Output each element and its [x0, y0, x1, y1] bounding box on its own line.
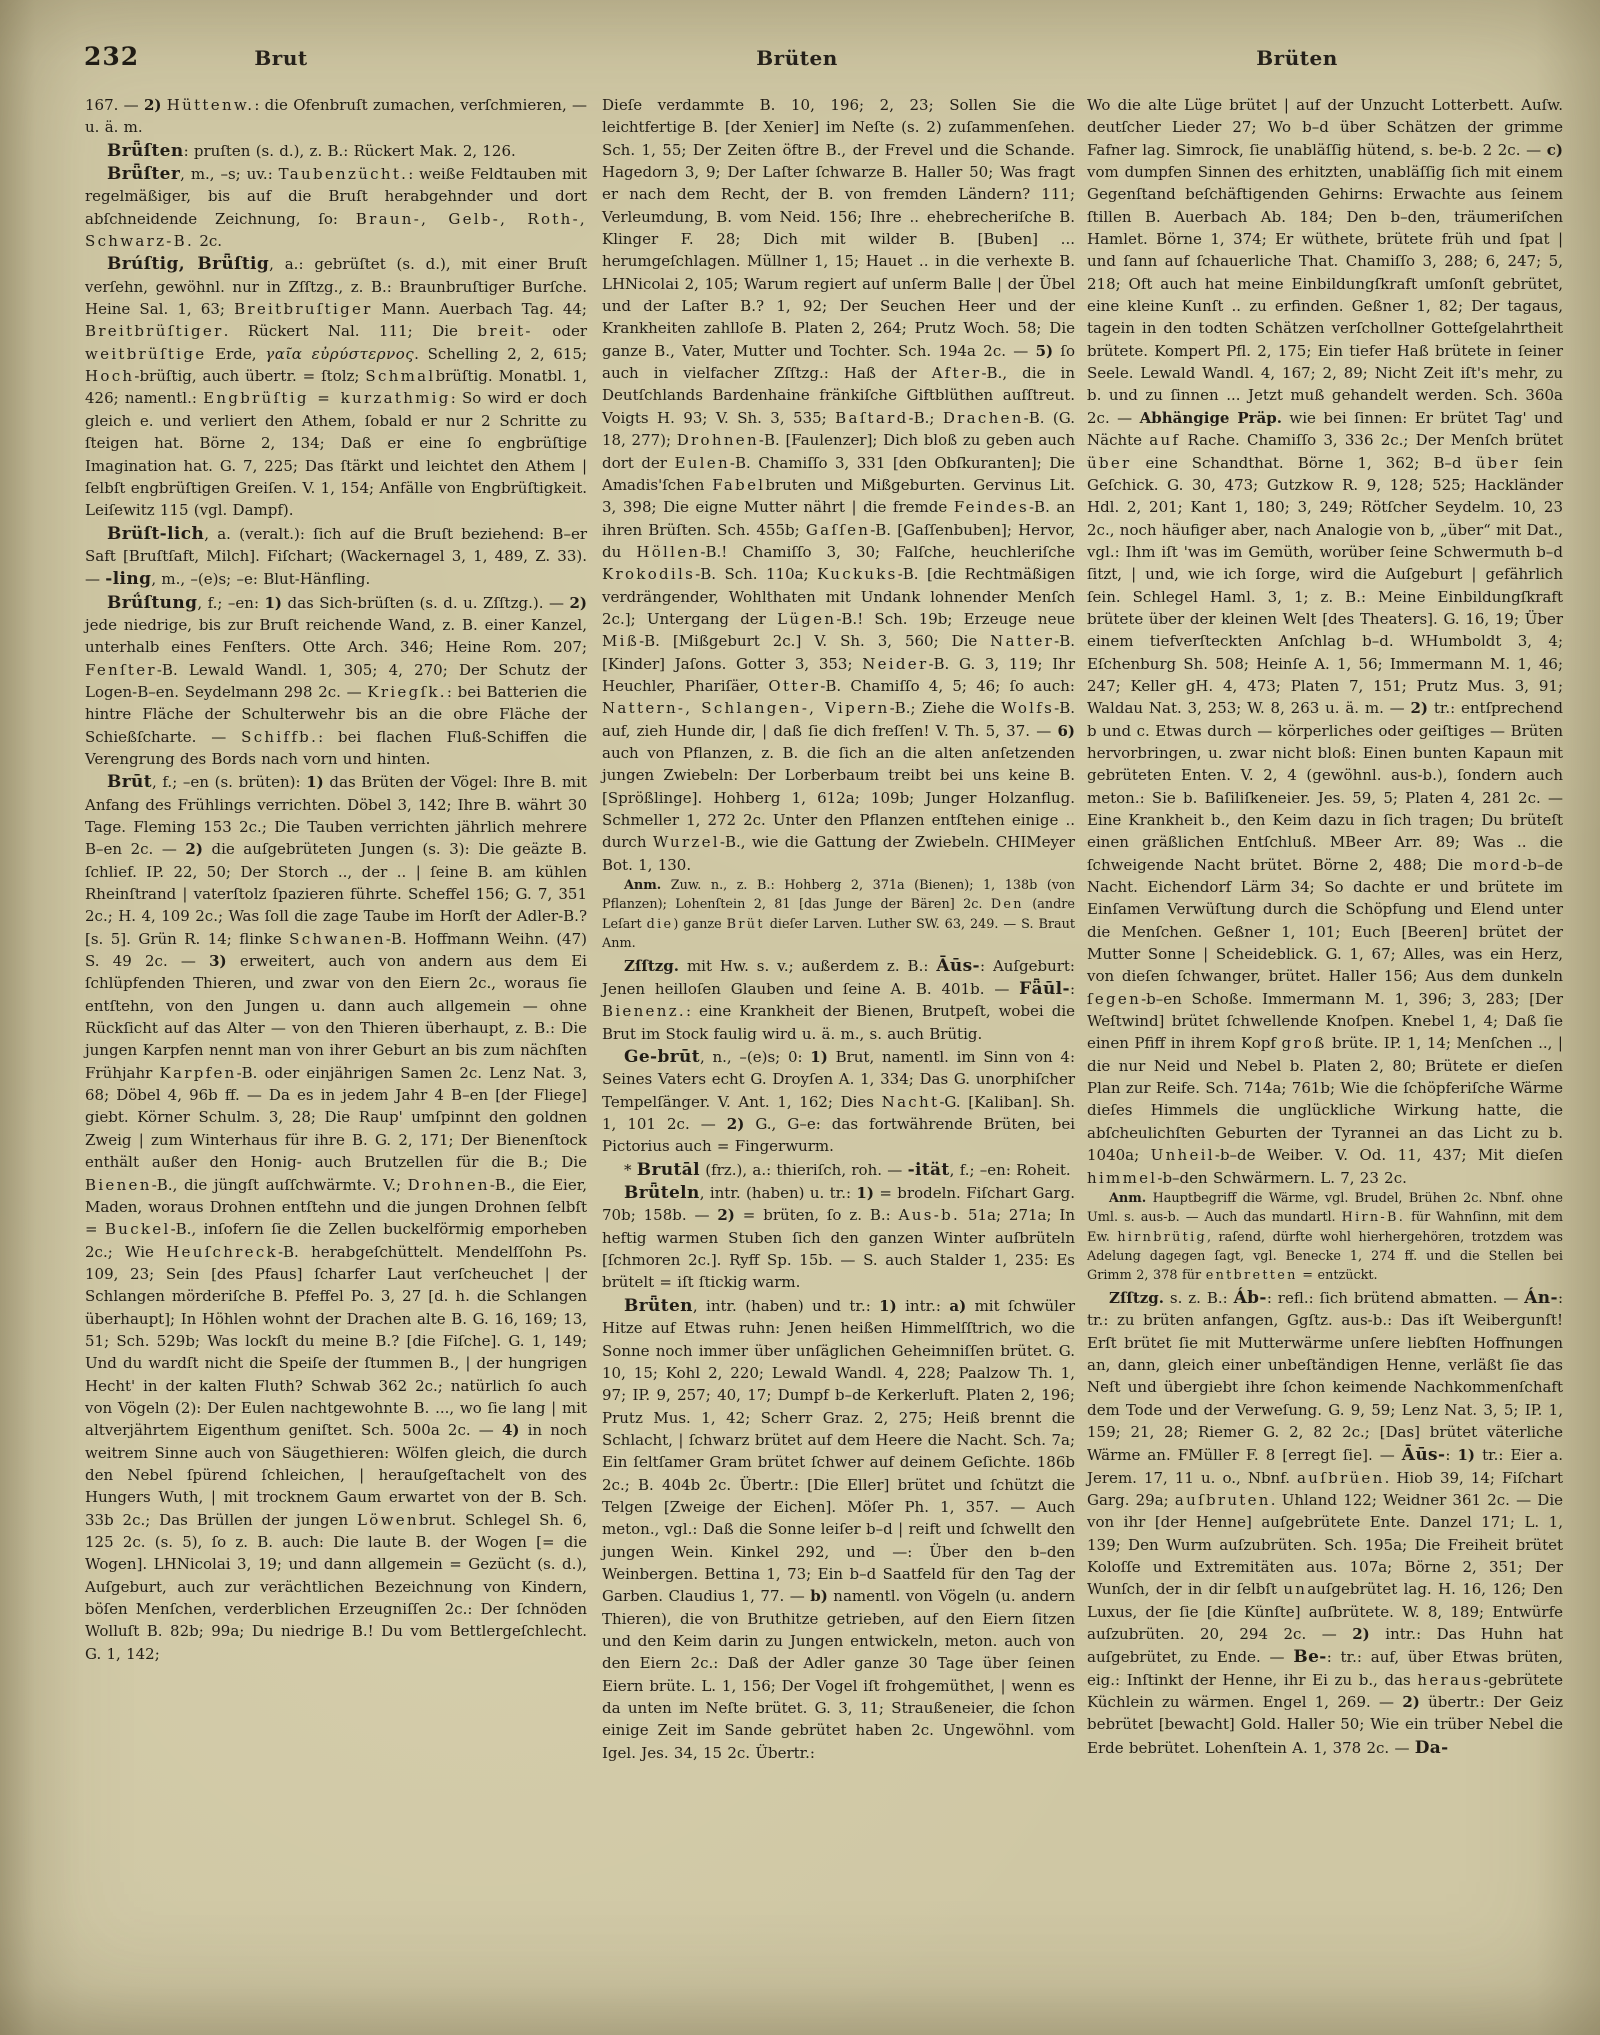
bold-run: Anm.	[1109, 1191, 1146, 1206]
headword: Ge-brūt	[624, 1046, 700, 1066]
letterspaced-run: Baſtard	[835, 409, 908, 427]
text-run: = brüten, ſo z. B.:	[735, 1206, 899, 1224]
letterspaced-run: Schiffb.	[241, 728, 318, 746]
text-run: , m., –s; uv.:	[180, 165, 278, 183]
text-run: oder	[533, 322, 587, 340]
text-run: 2c.	[194, 232, 222, 250]
letterspaced-run: Unheil	[1151, 1146, 1215, 1164]
letterspaced-run: Nacht	[882, 1093, 940, 1111]
bold-run: Zſſtzg.	[624, 957, 679, 975]
letterspaced-run: weitbrüſtige	[85, 345, 206, 363]
letterspaced-run: Höllen	[636, 543, 700, 561]
column-2: Dieſe verdammte B. 10, 196; 2, 23; Solle…	[602, 94, 1075, 1764]
bold-run: 1)	[1458, 1446, 1476, 1464]
text-run: . Schelling 2, 2, 615;	[414, 345, 587, 363]
headword: Āūs-	[1402, 1444, 1446, 1464]
text-run: : So wird er doch gleich e. und verliert…	[85, 389, 587, 519]
text-run: -B. Sch. 110a;	[695, 565, 817, 583]
text-run: -B.! Chamiſſo 3, 30; Falſche, heuchleriſ…	[700, 543, 1075, 561]
entry-paragraph: Brúſtig, Brǖſtig, a.: gebrüſtet (s. d.),…	[85, 252, 587, 521]
letterspaced-run: Otter	[768, 677, 820, 695]
letterspaced-run: Hüttenw.	[167, 96, 255, 114]
column-1: 167. — 2) Hüttenw.: die Ofenbruſt zumach…	[85, 94, 587, 1665]
letterspaced-run: Drohnen	[408, 1176, 490, 1194]
headword: Da-	[1415, 1737, 1449, 1757]
text-run: -B. Chamiſſo 4, 5; 46; ſo auch:	[820, 677, 1075, 695]
letterspaced-run: Natter	[990, 632, 1054, 650]
entry-paragraph: Zſſtzg. s. z. B.: Áb-: refl.: ſich brüte…	[1087, 1286, 1563, 1759]
headword: Brǖſter	[107, 163, 180, 183]
headword: Brüſt-lich	[107, 523, 204, 543]
headword: Fǟūl-	[1019, 978, 1070, 998]
text-run: s. z. B.:	[1164, 1289, 1234, 1307]
text-run: -b–de Weiber. V. Od. 11, 437; Mit dieſen	[1215, 1146, 1563, 1164]
text-run: Wo die alte Lüge brütet | auf der Unzuch…	[1087, 96, 1563, 159]
letterspaced-run: Nattern-, Schlangen-, Vipern	[602, 699, 890, 717]
letterspaced-run: Kuckuks	[817, 565, 898, 583]
text-run: vom dumpfen Sinnen des erhitzten, unablä…	[1087, 163, 1563, 427]
letterspaced-run: Miß	[602, 632, 639, 650]
letterspaced-run: After	[932, 364, 982, 382]
dictionary-page: 232 Brut Brüten Brüten 167. — 2) Hüttenw…	[0, 0, 1600, 2035]
text-run: 167. —	[85, 96, 144, 114]
text-run: :	[1070, 980, 1075, 998]
text-run: : pruſten (s. d.), z. B.: Rückert Mak. 2…	[184, 142, 516, 160]
text-run: Rache. Chamiſſo 3, 336 2c.; Der Menſch b…	[1180, 431, 1563, 449]
text-run: :	[1445, 1446, 1457, 1464]
text-run: , n., –(e)s; 0:	[700, 1048, 810, 1066]
text-run: -B., die jüngſt auſſchwärmte. V.;	[152, 1176, 408, 1194]
text-run: -B.;	[909, 409, 943, 427]
headword: Be-	[1293, 1646, 1326, 1666]
text-run: = entzückt.	[1298, 1268, 1378, 1283]
headword: Āūs-	[936, 955, 980, 975]
entry-paragraph: * Brutāl (frz.), a.: thieriſch, roh. — -…	[602, 1158, 1075, 1181]
entry-paragraph: Ge-brūt, n., –(e)s; 0: 1) Brut, namentl.…	[602, 1045, 1075, 1158]
headword: Brǖteln	[624, 1182, 700, 1202]
text-run: das Sich-brüſten (s. d. u. Zſſtzg.). —	[282, 594, 569, 612]
bold-run: 2)	[144, 96, 162, 114]
bold-run: 1)	[879, 1297, 897, 1315]
text-run: Dieſe verdammte B. 10, 196; 2, 23; Solle…	[602, 96, 1075, 360]
letterspaced-run: über	[1087, 454, 1132, 472]
letterspaced-run: Feindes	[954, 498, 1029, 516]
running-head-col2: Brüten	[756, 46, 838, 70]
letterspaced-run: himmel	[1087, 1169, 1157, 1187]
bold-run: 2)	[727, 1115, 745, 1133]
text-run: intr.:	[897, 1297, 950, 1315]
bold-run: 4)	[502, 1421, 520, 1439]
bold-run: 1)	[856, 1184, 874, 1202]
letterspaced-run: Neider	[862, 655, 928, 673]
headword: Brǘſtung	[107, 592, 197, 612]
letterspaced-run: Karpfen	[159, 1064, 236, 1082]
text-run: brüte. IP. 1, 14; Menſchen .., | die nur…	[1087, 1034, 1563, 1164]
letterspaced-run: Krokodils	[602, 565, 695, 583]
letterspaced-run: Den	[991, 897, 1024, 912]
entry-paragraph: Brüſt-lich, a. (veralt.): ſich auf die B…	[85, 522, 587, 591]
text-run: . Rückert Nal. 111; Die	[224, 322, 478, 340]
entry-paragraph: Wo die alte Lüge brütet | auf der Unzuch…	[1087, 94, 1563, 1189]
text-run: erweitert, auch von andern aus dem Ei ſc…	[85, 952, 587, 1082]
letterspaced-run: Wurzel	[653, 833, 720, 851]
bold-run: 2)	[1402, 1693, 1420, 1711]
letterspaced-run: groß	[1281, 1034, 1326, 1052]
text-run: Mann. Auerbach Tag. 44;	[373, 300, 587, 318]
letterspaced-run: heraus	[1417, 1671, 1483, 1689]
text-run: -B. [Mißgeburt 2c.] V. Sh. 3, 560; Die	[639, 632, 990, 650]
bold-run: 1)	[264, 594, 282, 612]
letterspaced-run: mord	[1473, 856, 1522, 874]
letterspaced-run: über	[1476, 454, 1521, 472]
entry-paragraph: Brǖſter, m., –s; uv.: Taubenzücht.: weiß…	[85, 162, 587, 252]
text-run: , f.; –en:	[197, 594, 264, 612]
bold-run: 1)	[306, 773, 324, 791]
headword: Brǖten	[624, 1295, 693, 1315]
letterspaced-run: Lügen	[777, 610, 836, 628]
letterspaced-run: Heuſchreck	[166, 1243, 278, 1261]
entry-paragraph: Brǘſtung, f.; –en: 1) das Sich-brüſten (…	[85, 591, 587, 771]
text-run: : refl.: ſich brütend abmatten. —	[1267, 1289, 1524, 1307]
greek-run: γαῖα εὐρύστερνος	[265, 345, 414, 363]
entry-paragraph: 167. — 2) Hüttenw.: die Ofenbruſt zumach…	[85, 94, 587, 139]
text-run: eine Schandthat. Börne 1, 362; B–d	[1132, 454, 1476, 472]
letterspaced-run: Eulen	[674, 454, 729, 472]
text-run: *	[624, 1161, 637, 1179]
letterspaced-run: Aus-b.	[899, 1206, 960, 1224]
bold-run: Anm.	[624, 878, 661, 893]
entry-paragraph: Brǖteln, intr. (haben) u. tr.: 1) = brod…	[602, 1181, 1075, 1294]
bold-run: 6)	[1057, 722, 1075, 740]
bold-run: 2)	[185, 840, 203, 858]
letterspaced-run: Drohnen	[677, 431, 759, 449]
letterspaced-run: Schmal	[365, 367, 435, 385]
text-run: mit Hw. s. v.; außerdem z. B.:	[679, 957, 936, 975]
entry-paragraph: Zſſtzg. mit Hw. s. v.; außerdem z. B.: Ā…	[602, 954, 1075, 1045]
letterspaced-run: Bienenz.	[602, 1002, 686, 1020]
headword: Brǖſten	[107, 140, 184, 160]
headword: -ling	[105, 568, 151, 588]
letterspaced-run: ſegen	[1087, 990, 1141, 1008]
headword: Brūt	[107, 771, 152, 791]
letterspaced-run: un	[1283, 1580, 1307, 1598]
bold-run: Zſſtzg.	[1109, 1289, 1164, 1307]
headword: Brúſtig, Brǖſtig	[107, 253, 269, 273]
letterspaced-run: Buckel	[105, 1220, 171, 1238]
letterspaced-run: Kriegſk.	[367, 683, 446, 701]
bold-run: 2)	[1410, 699, 1428, 717]
text-run: mit ſchwüler Hitze auf Etwas ruhn: Jenen…	[602, 1297, 1075, 1605]
entry-paragraph: Anm. Hauptbegriff die Wärme, vgl. Brudel…	[1087, 1189, 1563, 1286]
text-run: , f.; –en (s. brüten):	[152, 773, 306, 791]
text-run: -b–de Nacht. Eichendorf Lärm 34; So dach…	[1087, 856, 1563, 986]
letterspaced-run: Bienen	[85, 1176, 152, 1194]
text-run: namentl. von Vögeln (u. andern Thieren),…	[602, 1587, 1075, 1761]
text-run: -B. herabgeſchüttelt. Mendelſſohn Ps. 10…	[85, 1243, 587, 1440]
bold-run: a)	[949, 1297, 966, 1315]
letterspaced-run: Wolfs	[1001, 699, 1054, 717]
text-run: -B.! Sch. 19b; Erzeuge neue	[836, 610, 1075, 628]
running-head-col3: Brüten	[1256, 46, 1338, 70]
letterspaced-run: Fabel	[712, 476, 765, 494]
bold-run: 2)	[717, 1206, 735, 1224]
text-run: -b–den Schwärmern. L. 7, 23 2c.	[1157, 1169, 1406, 1187]
entry-paragraph: Anm. Zuw. n., z. B.: Hohberg 2, 371a (Bi…	[602, 876, 1075, 954]
letterspaced-run: Brüt	[727, 917, 765, 932]
headword: Án-	[1524, 1287, 1558, 1307]
headword: Brutāl	[637, 1159, 700, 1179]
letterspaced-run: auf	[1149, 431, 1180, 449]
text-run: , intr. (haben) und tr.:	[693, 1297, 879, 1315]
text-run: ſein Geſchick. G. 30, 473; Gutzkow R. 9,…	[1087, 454, 1563, 718]
text-run: Erde,	[206, 345, 265, 363]
letterspaced-run: Fenſter	[85, 661, 157, 679]
text-run: ) ganze	[673, 917, 726, 932]
text-run: brut. Schlegel Sh. 6, 125 2c. (s. 5), ſo…	[85, 1511, 587, 1663]
letterspaced-run: breit-	[477, 322, 532, 340]
bold-run: 1)	[810, 1048, 828, 1066]
bold-run: 2)	[569, 594, 587, 612]
letterspaced-run: Schwanen	[289, 930, 386, 948]
text-run: : tr.: zu brüten anfangen, Ggſtz. aus-b.…	[1087, 1289, 1563, 1464]
text-run: jede niedrige, bis zur Bruſt reichende W…	[85, 616, 587, 656]
bold-run: 5)	[1036, 342, 1054, 360]
running-head-col1: Brut	[254, 46, 307, 70]
letterspaced-run: Drachen	[943, 409, 1024, 427]
bold-run: Abhängige Präp.	[1140, 409, 1282, 427]
text-run: , intr. (haben) u. tr.:	[700, 1184, 857, 1202]
text-run: (frz.), a.: thieriſch, roh. —	[700, 1161, 908, 1179]
column-3: Wo die alte Lüge brütet | auf der Unzuch…	[1087, 94, 1563, 1759]
letterspaced-run: Engbrüſtig = kurzathmig	[203, 389, 451, 407]
text-run: -brüſtig, auch übertr. = ſtolz;	[134, 367, 365, 385]
letterspaced-run: Breitbruſtiger	[234, 300, 373, 318]
text-run: , m., –(e)s; –e: Blut-Hänfling.	[151, 570, 370, 588]
letterspaced-run: Taubenzücht.	[279, 165, 409, 183]
letterspaced-run: entbretten	[1206, 1268, 1298, 1283]
bold-run: 2)	[1352, 1625, 1370, 1643]
text-run: tr.: entſprechend b und c. Etwas durch —…	[1087, 699, 1563, 873]
letterspaced-run: Löwen	[357, 1511, 419, 1529]
text-run: , f.; –en: Roheit.	[950, 1161, 1071, 1179]
entry-paragraph: Brūt, f.; –en (s. brüten): 1) das Brüten…	[85, 770, 587, 1665]
letterspaced-run: Hirn-B.	[1342, 1210, 1406, 1225]
letterspaced-run: auſbruten	[1175, 1491, 1271, 1509]
entry-paragraph: Dieſe verdammte B. 10, 196; 2, 23; Solle…	[602, 94, 1075, 876]
letterspaced-run: auſbrüen	[1297, 1469, 1385, 1487]
letterspaced-run: die	[647, 917, 674, 932]
letterspaced-run: hirnbrütig	[1117, 1230, 1207, 1245]
letterspaced-run: Gaſſen	[806, 521, 870, 539]
letterspaced-run: Hoch	[85, 367, 134, 385]
entry-paragraph: Brǖten, intr. (haben) und tr.: 1) intr.:…	[602, 1294, 1075, 1764]
bold-run: b)	[810, 1587, 828, 1605]
page-number: 232	[84, 42, 139, 71]
letterspaced-run: Breitbrüſtiger	[85, 322, 224, 340]
entry-paragraph: Brǖſten: pruſten (s. d.), z. B.: Rückert…	[85, 139, 587, 162]
headword: Áb-	[1234, 1287, 1267, 1307]
bold-run: c)	[1547, 141, 1563, 159]
text-run: -B.; Ziehe die	[890, 699, 1002, 717]
bold-run: 3)	[209, 952, 227, 970]
headword: -ität	[908, 1159, 950, 1179]
